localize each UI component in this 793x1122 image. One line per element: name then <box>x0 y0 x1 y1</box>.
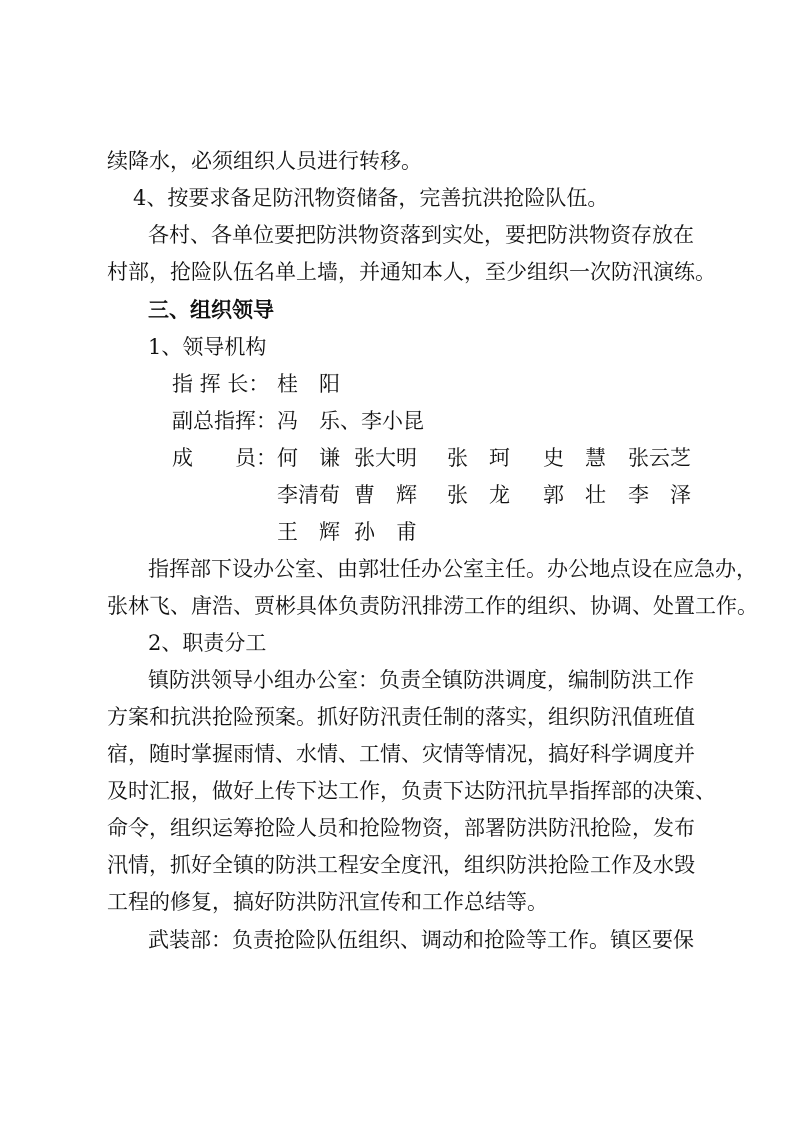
subsection-2-title: 2、职责分工 <box>148 625 266 662</box>
deputy-label: 副总指挥： <box>172 403 277 440</box>
member-name: 何 谦 <box>277 440 340 477</box>
member-name: 李 泽 <box>628 477 691 514</box>
subsection-1-title: 1、领导机构 <box>148 329 266 366</box>
member-name: 史 慧 <box>543 440 606 477</box>
duties-armed-department: 武装部：负责抢险队伍组织、调动和抢险等工作。镇区要保 <box>148 922 692 959</box>
duties-office-line-2: 方案和抗洪抢险预案。抓好防汛责任制的落实，组织防汛值班值 <box>107 699 692 736</box>
duties-office-line-7: 工程的修复，搞好防洪防汛宣传和工作总结等。 <box>107 884 548 921</box>
member-name: 郭 壮 <box>543 477 606 514</box>
member-name: 李清荀 <box>277 477 340 514</box>
members-row-1: 成 员： 何 谦 张大明 张 珂 史 慧 张云芝 <box>172 440 692 477</box>
commander-name: 桂 阳 <box>277 366 340 403</box>
member-name: 张 龙 <box>447 477 510 514</box>
members-row-2: 李清荀 曹 辉 张 龙 郭 壮 李 泽 <box>172 477 692 514</box>
item-4-heading: 4、按要求备足防汛物资储备，完善抗洪抢险队伍。 <box>133 180 608 217</box>
member-name: 张云芝 <box>628 440 691 477</box>
document-page: 续降水，必须组织人员进行转移。 4、按要求备足防汛物资储备，完善抗洪抢险队伍。 … <box>0 0 793 1122</box>
duties-office-line-6: 汛情，抓好全镇的防洪工程安全度汛，组织防洪抢险工作及水毁 <box>107 847 692 884</box>
member-name: 王 辉 <box>277 514 340 551</box>
member-name: 张大明 <box>354 440 417 477</box>
item-4-body-line-2: 村部，抢险队伍名单上墙，并通知本人，至少组织一次防汛演练。 <box>107 254 692 291</box>
paragraph-continuation: 续降水，必须组织人员进行转移。 <box>107 143 422 180</box>
commander-label: 指 挥 长： <box>172 366 269 403</box>
office-paragraph-line-2: 张林飞、唐浩、贾彬具体负责防汛排涝工作的组织、协调、处置工作。 <box>107 588 692 625</box>
member-name: 张 珂 <box>447 440 510 477</box>
member-name: 曹 辉 <box>354 477 417 514</box>
duties-office-line-4: 及时汇报，做好上传下达工作，负责下达防汛抗旱指挥部的决策、 <box>107 773 692 810</box>
members-label: 成 员： <box>172 440 277 477</box>
members-row-3: 王 辉 孙 甫 <box>172 514 692 551</box>
section-3-title: 三、组织领导 <box>148 292 274 329</box>
office-paragraph-line-1: 指挥部下设办公室、由郭壮任办公室主任。办公地点设在应急办， <box>148 551 692 588</box>
commander-row: 指 挥 长： 桂 阳 <box>172 366 692 403</box>
duties-office-line-5: 命令，组织运筹抢险人员和抢险物资，部署防洪防汛抢险，发布 <box>107 810 692 847</box>
deputy-names: 冯 乐、李小昆 <box>277 403 424 440</box>
deputy-row: 副总指挥： 冯 乐、李小昆 <box>172 403 692 440</box>
duties-office-line-1: 镇防洪领导小组办公室：负责全镇防洪调度，编制防洪工作 <box>148 662 692 699</box>
duties-office-line-3: 宿，随时掌握雨情、水情、工情、灾情等情况，搞好科学调度并 <box>107 736 692 773</box>
member-name: 孙 甫 <box>354 514 417 551</box>
item-4-body-line-1: 各村、各单位要把防洪物资落到实处，要把防洪物资存放在 <box>148 217 692 254</box>
